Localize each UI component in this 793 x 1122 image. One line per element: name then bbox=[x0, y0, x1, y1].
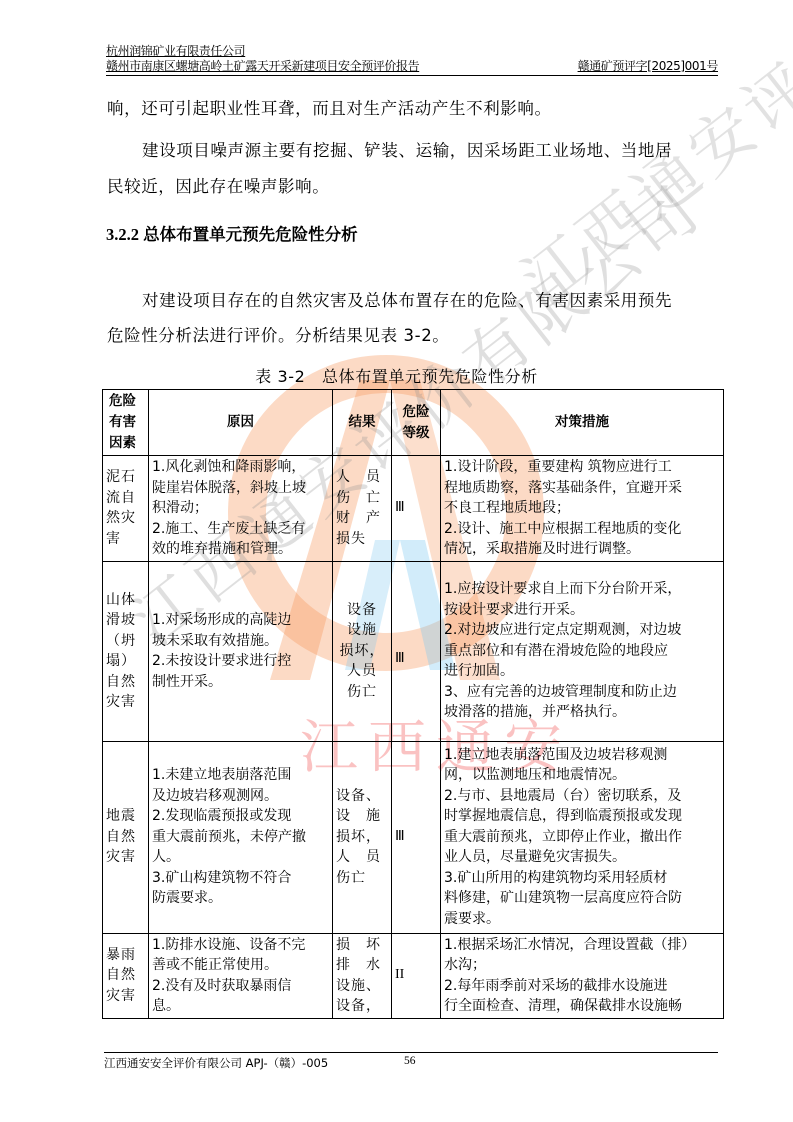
row-cause: 1.防排水设施、设备不完善或不能正常使用。2.没有及时获取暴雨信息。 bbox=[149, 933, 333, 1018]
row-result: 人 员伤 亡财 产损失 bbox=[333, 456, 392, 562]
row-measure: 1.应按设计要求自上而下分台阶开采，按设计要求进行开采。2.对边坡应进行定点定期… bbox=[441, 561, 724, 741]
paragraph-noise-source-line2: 民较近，因此存在噪声影响。 bbox=[107, 177, 719, 197]
table-row: 山体滑坡（坍塌）自然灾害 1.对采场形成的高陡边坡未采取有效措施。2.未按设计要… bbox=[103, 561, 724, 741]
table-row: 暴雨自然灾害 1.防排水设施、设备不完善或不能正常使用。2.没有及时获取暴雨信息… bbox=[103, 933, 724, 1018]
page-footer: 江西通安安全评价有限公司 APJ-（赣）-005 56 bbox=[104, 1052, 718, 1071]
document-page: 江西通安评价有限公司 江西通安评价有限公司 江西通安 杭州润锦矿业有限责任公司 … bbox=[0, 0, 793, 1122]
header-result: 结果 bbox=[333, 390, 392, 456]
row-cause: 1.风化剥蚀和降雨影响，陡崖岩体脱落，斜坡上坡积滑动；2.施工、生产废土缺乏有效… bbox=[149, 456, 333, 562]
header-doc-number: 赣通矿预评字[2025]001号 bbox=[578, 59, 718, 74]
page-number: 56 bbox=[404, 1055, 416, 1067]
row-result: 损 坏排 水设施、设备， bbox=[333, 933, 392, 1018]
header-level: 危险 等级 bbox=[392, 390, 441, 456]
header-cause: 原因 bbox=[149, 390, 333, 456]
page-header: 杭州润锦矿业有限责任公司 赣州市南康区螺塘高岭土矿露天开采新建项目安全预评价报告… bbox=[106, 44, 718, 76]
row-measure: 1.根据采场汇水情况，合理设置截（排）水沟；2.每年雨季前对采场的截排水设施进行… bbox=[441, 933, 724, 1018]
row-cause: 1.未建立地表崩落范围及边坡岩移观测网。2.发现临震预报或发现重大震前预兆，未停… bbox=[149, 741, 333, 933]
footer-company-code: 江西通安安全评价有限公司 APJ-（赣）-005 bbox=[104, 1056, 328, 1070]
row-factor: 泥石流自然灾害 bbox=[103, 456, 149, 562]
table-row: 地震自然灾害 1.未建立地表崩落范围及边坡岩移观测网。2.发现临震预报或发现重大… bbox=[103, 741, 724, 933]
header-company: 杭州润锦矿业有限责任公司 bbox=[106, 44, 718, 59]
row-cause: 1.对采场形成的高陡边坡未采取有效措施。2.未按设计要求进行控制性开采。 bbox=[149, 561, 333, 741]
header-measure: 对策措施 bbox=[441, 390, 724, 456]
header-factor: 危险 有害 因素 bbox=[103, 390, 149, 456]
paragraph-intro-line2: 危险性分析法进行评价。分析结果见表 3-2。 bbox=[107, 326, 719, 346]
row-result: 设备、设 施损坏，人 员伤亡 bbox=[333, 741, 392, 933]
table-header-row: 危险 有害 因素 原因 结果 危险 等级 对策措施 bbox=[103, 390, 724, 456]
row-result: 设备设施损坏，人员伤亡 bbox=[333, 561, 392, 741]
row-level: Ⅲ bbox=[392, 456, 441, 562]
paragraph-intro-line1: 对建设项目存在的自然灾害及总体布置存在的危险、有害因素采用预先 bbox=[107, 291, 754, 311]
row-level: Ⅲ bbox=[392, 741, 441, 933]
header-report-title: 赣州市南康区螺塘高岭土矿露天开采新建项目安全预评价报告 bbox=[106, 59, 419, 74]
hazard-analysis-table: 危险 有害 因素 原因 结果 危险 等级 对策措施 泥石流自然灾害 bbox=[102, 389, 724, 1019]
paragraph-noise-effect: 响，还可引起职业性耳聋，而且对生产活动产生不利影响。 bbox=[107, 99, 719, 119]
row-measure: 1.建立地表崩落范围及边坡岩移观测网，以监测地压和地震情况。2.与市、县地震局（… bbox=[441, 741, 724, 933]
paragraph-noise-source-line1: 建设项目噪声源主要有挖掘、铲装、运输，因采场距工业场地、当地居 bbox=[107, 141, 754, 161]
section-title: 3.2.2 总体布置单元预先危险性分析 bbox=[106, 221, 358, 245]
row-factor: 地震自然灾害 bbox=[103, 741, 149, 933]
row-factor: 山体滑坡（坍塌）自然灾害 bbox=[103, 561, 149, 741]
table-caption: 表 3-2 总体布置单元预先危险性分析 bbox=[0, 364, 793, 387]
row-level: Ⅲ bbox=[392, 561, 441, 741]
row-factor: 暴雨自然灾害 bbox=[103, 933, 149, 1018]
row-measure: 1.设计阶段，重要建构 筑物应进行工程地质勘察，落实基础条件，宜避开采不良工程地… bbox=[441, 456, 724, 562]
row-level: II bbox=[392, 933, 441, 1018]
table-row: 泥石流自然灾害 1.风化剥蚀和降雨影响，陡崖岩体脱落，斜坡上坡积滑动；2.施工、… bbox=[103, 456, 724, 562]
